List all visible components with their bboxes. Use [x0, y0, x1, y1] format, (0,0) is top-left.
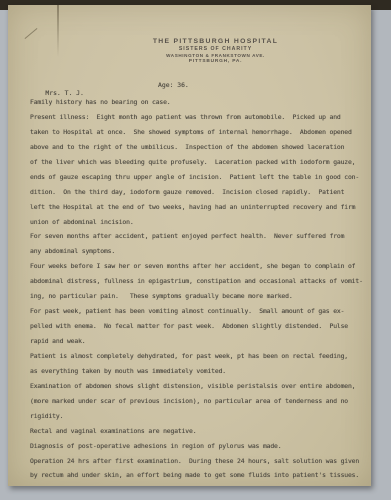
typed-line: ends of gauze escaping thru upper angle … [30, 170, 365, 185]
document-paper: THE PITTSBURGH HOSPITAL SISTERS OF CHARI… [8, 5, 371, 486]
typed-line: of the liver which was bleeding quite pr… [30, 155, 365, 170]
case-history-text: Family history has no bearing on case.Pr… [30, 95, 365, 483]
typed-line: union of abdominal incision. [30, 215, 365, 230]
typed-line: by rectum ahd under skin, an effort bein… [30, 468, 365, 483]
typed-line: rapid and weak. [30, 334, 365, 349]
typed-line: left the Hospital at the end of two week… [30, 200, 365, 215]
hospital-city: PITTSBURGH, PA. [8, 59, 391, 65]
typed-line: Present illness: Eight month ago patient… [30, 110, 365, 125]
typed-line: Patient is almost completely dehydrated,… [30, 349, 365, 364]
typed-line: any abdominal symptoms. [30, 244, 365, 259]
typed-line: Diagnosis of post-operative adhesions in… [30, 439, 365, 454]
typed-line: ing, no particular pain. These symptoms … [30, 289, 365, 304]
typed-line: (more marked under scar of previous inci… [30, 394, 365, 409]
typed-line: taken to Hospital at once. She showed sy… [30, 125, 365, 140]
typed-line: rigidity. [30, 409, 365, 424]
patient-age: Age: 36. [158, 81, 189, 89]
typed-line: For past week, patient has been vomiting… [30, 304, 365, 319]
typed-line: as everything taken by mouth was immedia… [30, 364, 365, 379]
hospital-subtitle: SISTERS OF CHARITY [8, 46, 391, 53]
typed-line: Family history has no bearing on case. [30, 95, 365, 110]
typed-line: dition. On the third day, iodoform gauze… [30, 185, 365, 200]
letterhead: THE PITTSBURGH HOSPITAL SISTERS OF CHARI… [8, 38, 391, 65]
typed-line: Rectal and vaginal examinations are nega… [30, 424, 365, 439]
typed-line: Four weeks before I saw her or seven mon… [30, 259, 365, 274]
typed-line: Examination of abdomen shows slight dist… [30, 379, 365, 394]
hospital-name: THE PITTSBURGH HOSPITAL [8, 38, 391, 46]
typed-line: abdominal distress, fullness in epigastr… [30, 274, 365, 289]
typed-line: Operation 24 hrs after first examination… [30, 454, 365, 469]
typed-line: For seven months after accident, patient… [30, 229, 365, 244]
typed-line: above and to the right of the umbilicus.… [30, 140, 365, 155]
patient-header-row: Mrs. T. J. Age: 36. [30, 81, 361, 93]
typed-line: pelled with enema. No fecal matter for p… [30, 319, 365, 334]
